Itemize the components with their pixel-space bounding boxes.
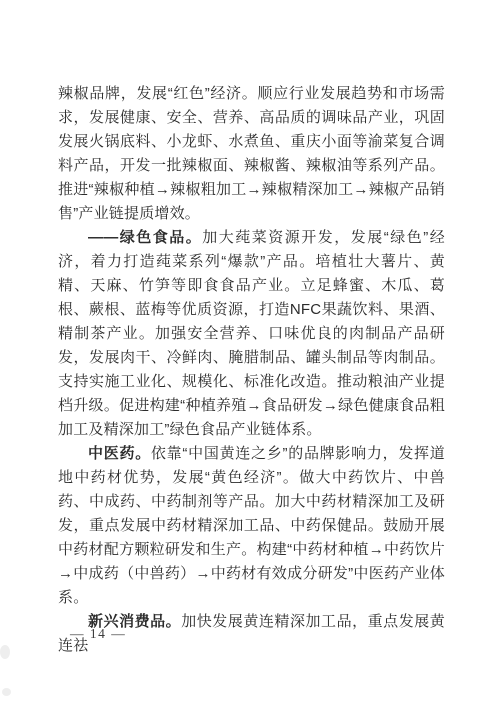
paragraph-green-food: ——绿色食品。加大莼菜资源开发，发展“绿色”经济，着力打造莼菜系列“爆款”产品。… bbox=[58, 226, 445, 442]
document-page: 辣椒品牌，发展“红色”经济。顺应行业发展趋势和市场需求，发展健康、安全、营养、高… bbox=[0, 0, 500, 707]
paragraph-lead: 中医药。 bbox=[88, 445, 151, 462]
scan-artifact bbox=[0, 645, 10, 659]
page-number: — 14 — bbox=[70, 626, 126, 642]
paragraph-lead: ——绿色食品。 bbox=[88, 229, 202, 246]
paragraph-text: 辣椒品牌，发展“红色”经济。顺应行业发展趋势和市场需求，发展健康、安全、营养、高… bbox=[58, 85, 445, 222]
paragraph-text: 加大莼菜资源开发，发展“绿色”经济，着力打造莼菜系列“爆款”产品。培植壮大薯片、… bbox=[58, 229, 445, 438]
paragraph-chili-industry: 辣椒品牌，发展“红色”经济。顺应行业发展趋势和市场需求，发展健康、安全、营养、高… bbox=[58, 82, 445, 226]
scan-artifact bbox=[2, 688, 11, 696]
document-body: 辣椒品牌，发展“红色”经济。顺应行业发展趋势和市场需求，发展健康、安全、营养、高… bbox=[58, 82, 445, 658]
paragraph-text: 依靠“中国黄连之乡”的品牌影响力，发挥道地中药材优势，发展“黄色经济”。做大中药… bbox=[58, 445, 445, 606]
paragraph-traditional-chinese-medicine: 中医药。依靠“中国黄连之乡”的品牌影响力，发挥道地中药材优势，发展“黄色经济”。… bbox=[58, 442, 445, 610]
